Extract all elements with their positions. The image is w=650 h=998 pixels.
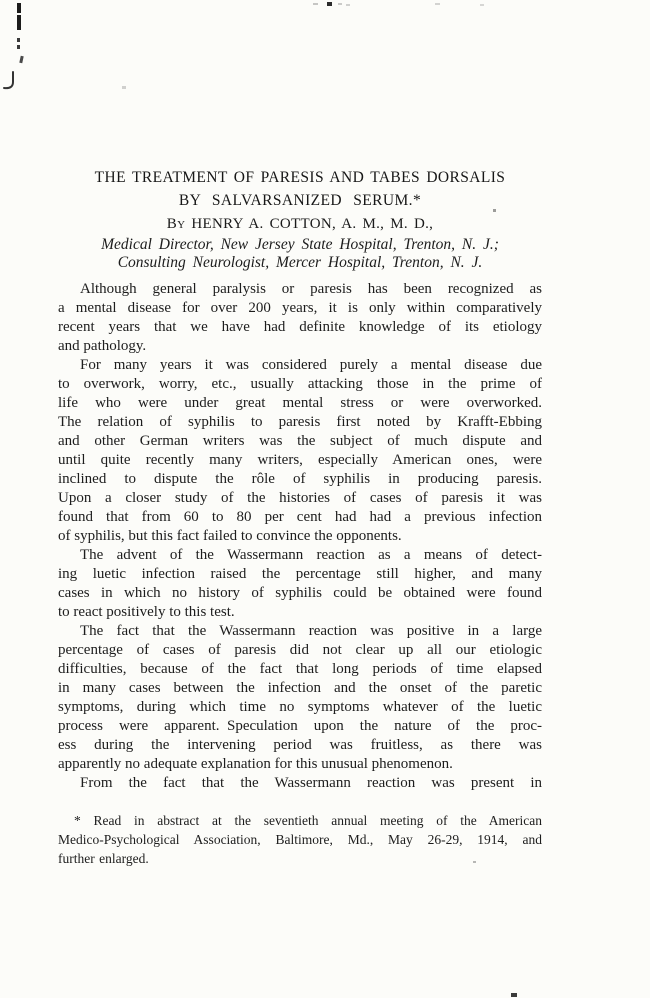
scan-artifact-dot (17, 45, 20, 49)
scan-artifact-speck (511, 993, 517, 997)
body-line: found that from 60 to 80 per cent had ha… (58, 508, 542, 527)
author-byline: By HENRY A. COTTON, A. M., M. D., (58, 216, 542, 233)
body-line: From the fact that the Wassermann reacti… (58, 774, 542, 793)
body-line: ing luetic infection raised the percenta… (58, 565, 542, 584)
body-line: recent years that we have had definite k… (58, 318, 542, 337)
body-line: The relation of syphilis to paresis firs… (58, 413, 542, 432)
footnote-line: further enlarged. (58, 849, 542, 868)
body-line: The advent of the Wassermann reaction as… (58, 546, 542, 565)
article-title-line1: THE TREATMENT OF PARESIS AND TABES DORSA… (58, 167, 542, 190)
body-line: to react positively to this test. (58, 603, 542, 622)
footnote-line: Medico-Psychological Association, Baltim… (58, 830, 542, 849)
scan-artifact-dot (17, 38, 20, 42)
body-line: a mental disease for over 200 years, it … (58, 299, 542, 318)
body-line: and pathology. (58, 337, 542, 356)
body-line: life who were under great mental stress … (58, 394, 542, 413)
body-line: difficulties, because of the fact that l… (58, 660, 542, 679)
body-line: and other German writers was the subject… (58, 432, 542, 451)
body-line: percentage of cases of paresis did not c… (58, 641, 542, 660)
scan-artifact-speck (480, 4, 484, 6)
footnote-line: * Read in abstract at the seventieth ann… (58, 811, 542, 830)
article-title-line2: BY SALVARSANIZED SERUM.* (58, 190, 542, 213)
scanned-paper-page: THE TREATMENT OF PARESIS AND TABES DORSA… (0, 0, 650, 998)
affiliation-line: Medical Director, New Jersey State Hospi… (58, 236, 542, 254)
article-title: THE TREATMENT OF PARESIS AND TABES DORSA… (58, 167, 542, 212)
author-affiliations: Medical Director, New Jersey State Hospi… (58, 236, 542, 271)
body-line: of syphilis, but this fact failed to con… (58, 527, 542, 546)
scan-artifact-bar (17, 3, 21, 13)
scan-artifact-dash (19, 56, 23, 63)
scan-artifact-speck (313, 3, 318, 5)
scan-artifact-speck (327, 2, 332, 6)
scan-artifact-speck (346, 4, 350, 6)
scan-artifact-speck (122, 86, 126, 89)
footnote: * Read in abstract at the seventieth ann… (58, 811, 542, 868)
body-line: cases in which no history of syphilis co… (58, 584, 542, 603)
body-line: The fact that the Wassermann reaction wa… (58, 622, 542, 641)
body-line: inclined to dispute the rôle of syphilis… (58, 470, 542, 489)
body-line: For many years it was considered purely … (58, 356, 542, 375)
body-line: in many cases between the infection and … (58, 679, 542, 698)
scan-artifact-hook (2, 70, 16, 92)
body-line: Although general paralysis or paresis ha… (58, 280, 542, 299)
body-line: apparently no adequate explanation for t… (58, 755, 542, 774)
body-line: to overwork, worry, etc., usually attack… (58, 375, 542, 394)
body-line: until quite recently many writers, espec… (58, 451, 542, 470)
scan-artifact-bar (17, 15, 21, 30)
body-line: Upon a closer study of the histories of … (58, 489, 542, 508)
scan-artifact-speck (435, 3, 440, 5)
article-body: Although general paralysis or paresis ha… (58, 280, 542, 793)
body-line: symptoms, during which time no symptoms … (58, 698, 542, 717)
affiliation-line: Consulting Neurologist, Mercer Hospital,… (58, 254, 542, 272)
scan-artifact-speck (338, 3, 342, 5)
article-content: THE TREATMENT OF PARESIS AND TABES DORSA… (58, 167, 542, 868)
body-line: ess during the intervening period was fr… (58, 736, 542, 755)
body-line: process were apparent. Speculation upon … (58, 717, 542, 736)
